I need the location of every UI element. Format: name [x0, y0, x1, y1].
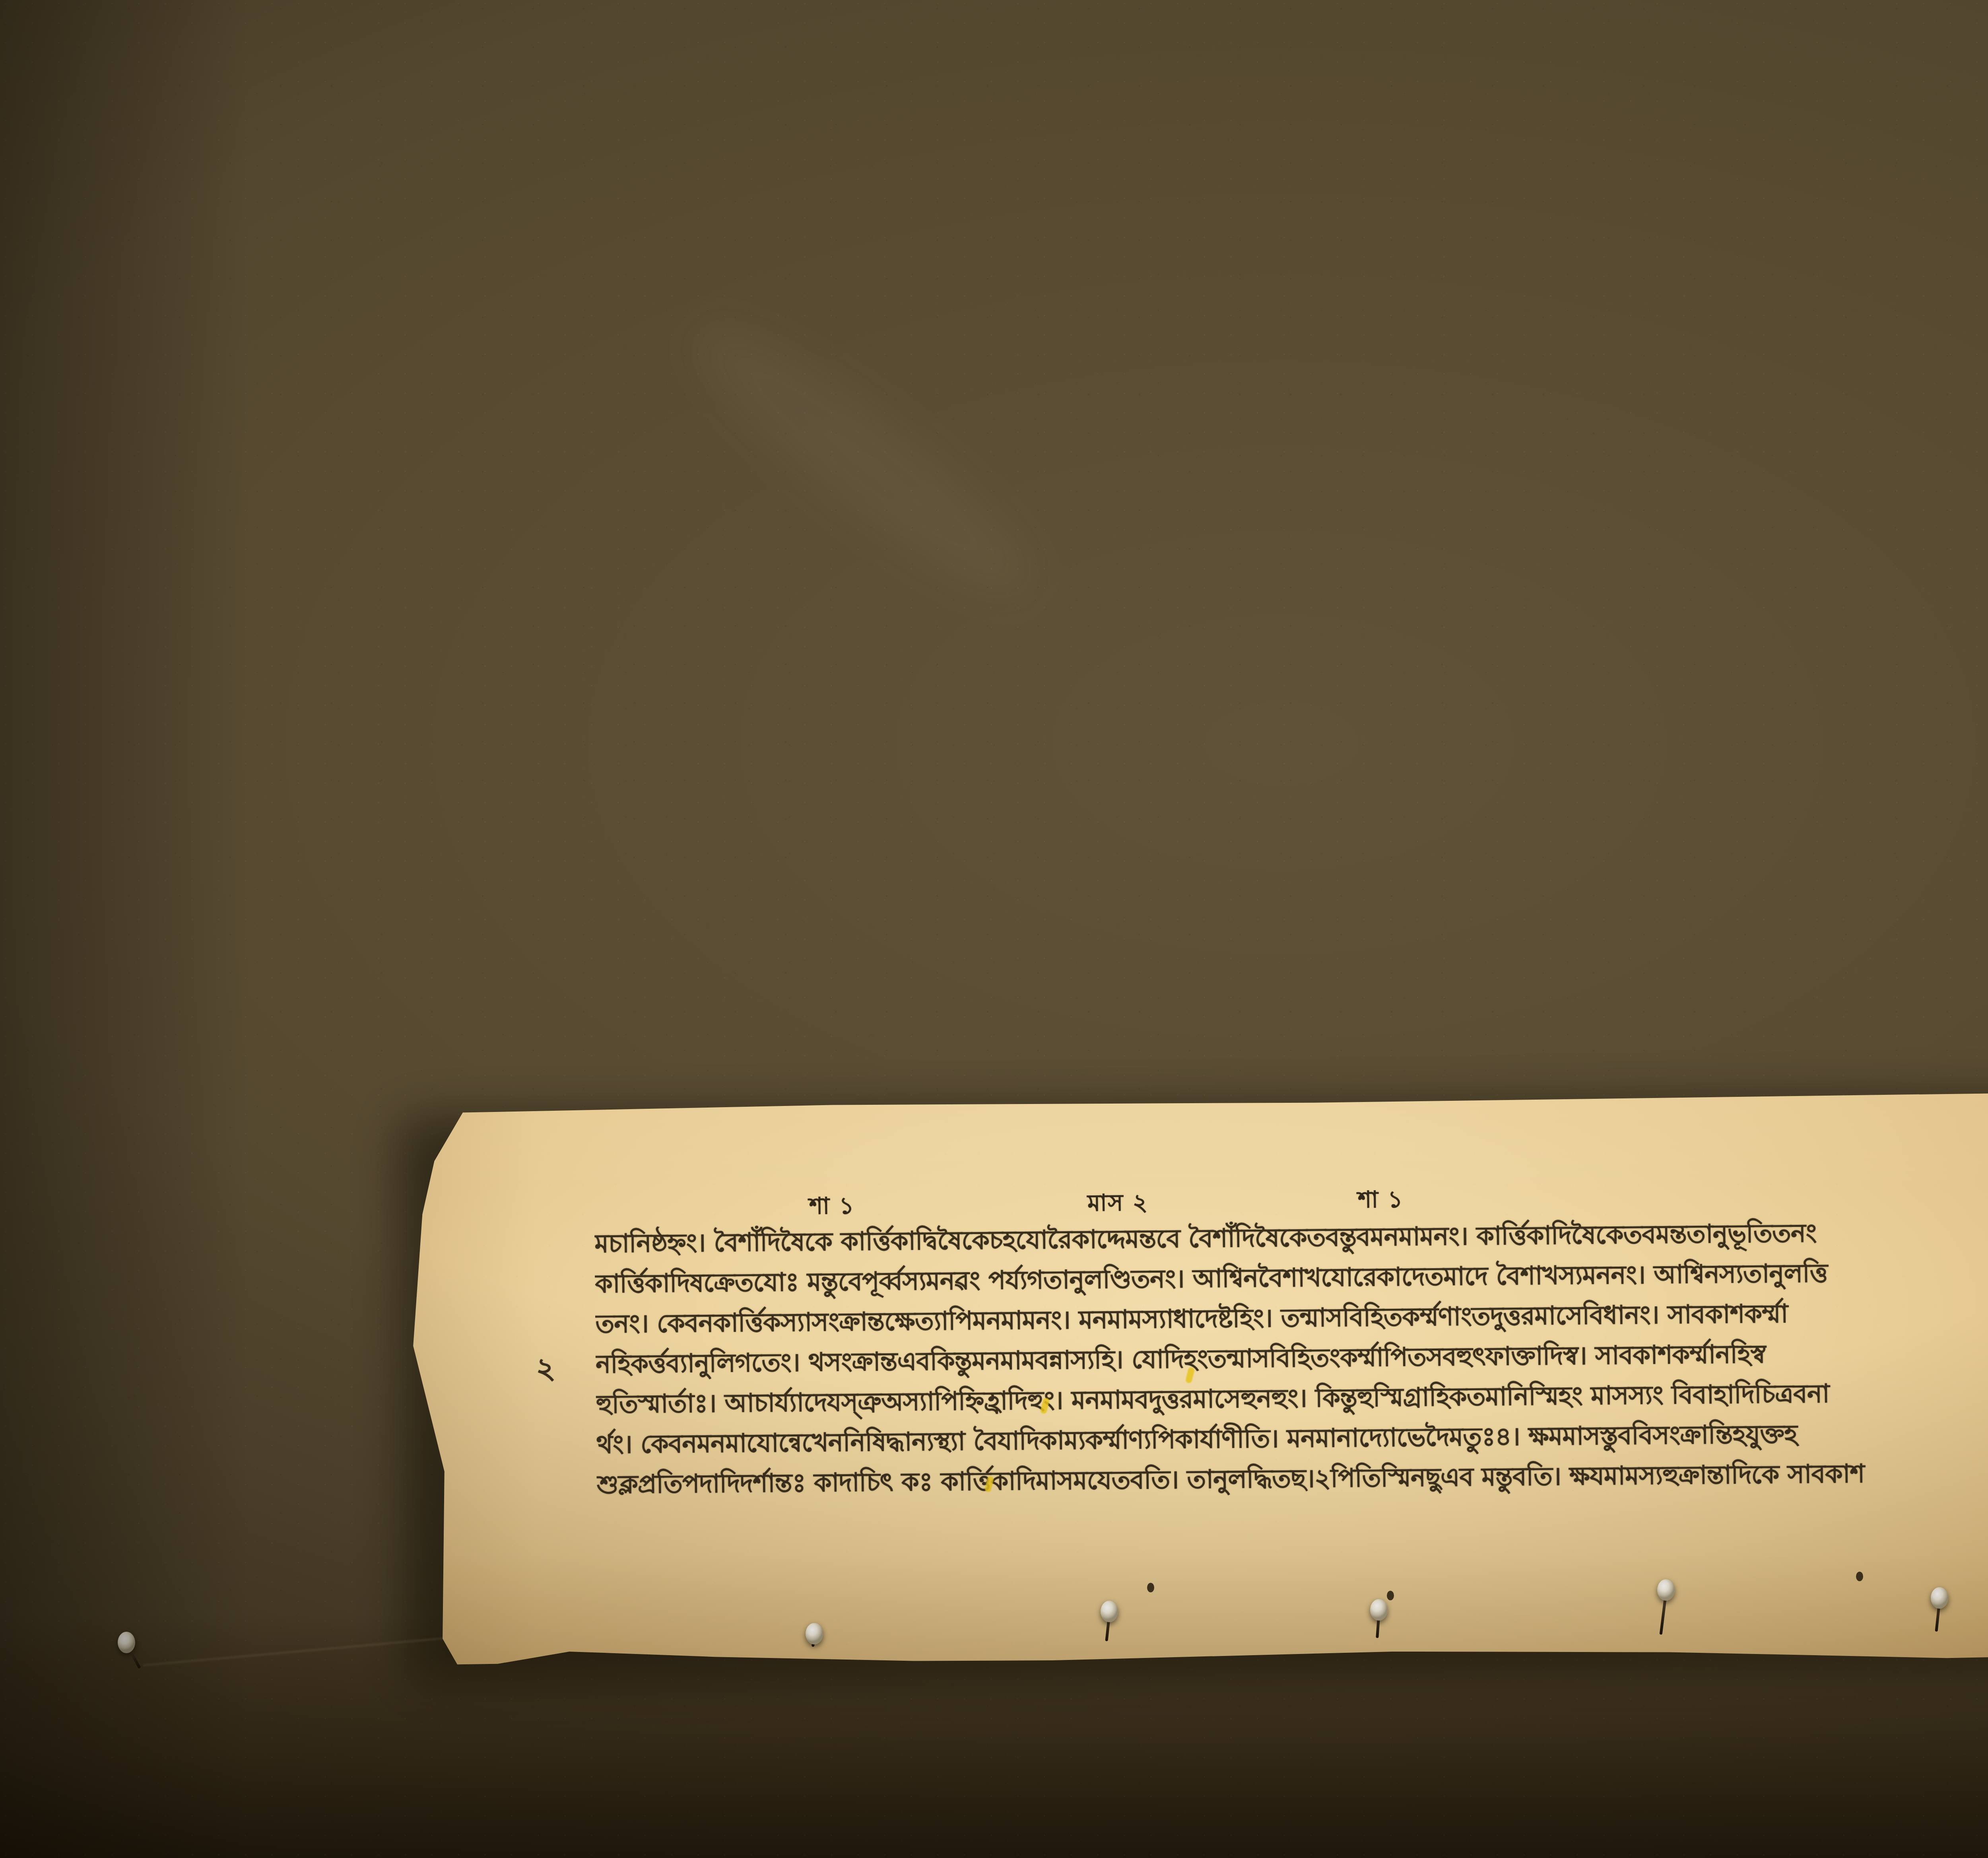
- ink-speck: [1387, 1591, 1394, 1600]
- header-mark: শা ১: [809, 1188, 855, 1227]
- header-mark: মাস ২: [1087, 1185, 1148, 1224]
- pin-head-icon: [1657, 1579, 1675, 1601]
- pin-head-icon: [118, 1632, 135, 1653]
- left-margin-folio-numeral: ২: [534, 1345, 557, 1395]
- header-mark: শা ১: [1357, 1182, 1404, 1221]
- pin-head-icon: [1370, 1599, 1388, 1621]
- pin-head-icon: [1931, 1587, 1948, 1609]
- pin-head-icon: [806, 1623, 823, 1644]
- pin-head-icon: [1101, 1601, 1118, 1622]
- ink-speck: [1147, 1583, 1154, 1592]
- handwritten-text-block: মচানিষ্ঠহ্নং। বৈশাঁদিষৈকে কার্ত্তিকাদ্বি…: [594, 1211, 1988, 1505]
- photograph-of-manuscript: শা ১মাস ২শা ১ মচানিষ্ঠহ্নং। বৈশাঁদিষৈকে …: [0, 0, 1988, 1858]
- ink-speck: [1856, 1572, 1863, 1581]
